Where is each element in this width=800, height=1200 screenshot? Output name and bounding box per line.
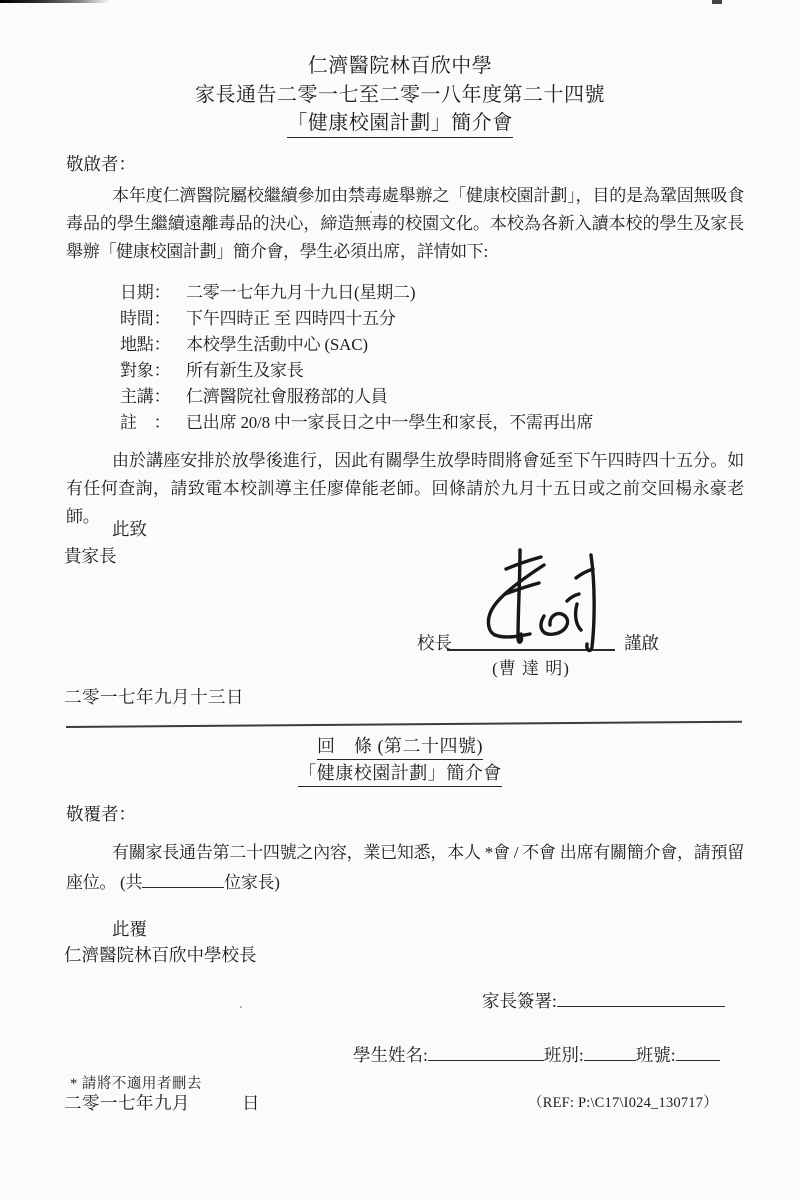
notice-subject: 「健康校園計劃」簡介會 bbox=[287, 111, 513, 138]
signature-stroke bbox=[506, 557, 541, 569]
detail-row-time: 時間： 下午四時正 至 四時四十五分 bbox=[120, 306, 593, 332]
detail-row-note: 註 ： 已出席 20/8 中一家長日之中一學生和家長，不需再出席 bbox=[120, 410, 593, 436]
notice-date: 二零一七年九月十三日 bbox=[64, 684, 244, 709]
parent-signature-row: 家長簽署: bbox=[482, 988, 725, 1013]
signature-stroke bbox=[567, 594, 581, 630]
detail-value: 下午四時正 至 四時四十五分 bbox=[186, 306, 396, 332]
reply-salutation: 敬覆者： bbox=[66, 801, 136, 826]
scanner-artifact-strip bbox=[0, 0, 110, 3]
signature-stroke bbox=[576, 569, 593, 578]
reference-code: （REF: P:\C17\I024_130717） bbox=[528, 1091, 718, 1112]
notice-paragraph-1: 本年度仁濟醫院屬校繼續參加由禁毒處舉辦之「健康校園計劃」，目的是為鞏固無吸食毒品… bbox=[66, 182, 744, 266]
class-number-label: 班號: bbox=[636, 1045, 676, 1065]
detail-label: 主講： bbox=[120, 384, 186, 410]
detail-label: 日期： bbox=[120, 280, 186, 306]
notice-subject-line: 「健康校園計劃」簡介會 bbox=[0, 109, 800, 138]
detail-value: 所有新生及家長 bbox=[186, 358, 304, 384]
detail-label: 地點： bbox=[120, 332, 186, 358]
detail-value: 二零一七年九月十九日(星期二) bbox=[186, 280, 415, 306]
principal-label: 校長 bbox=[417, 630, 452, 655]
detail-row-venue: 地點： 本校學生活動中心 (SAC) bbox=[120, 332, 593, 358]
reply-body: 有關家長通告第二十四號之內容，業已知悉，本人 *會 / 不會 出席有關簡介會，請… bbox=[66, 838, 744, 898]
section-divider bbox=[66, 721, 742, 728]
reply-date-month: 二零一七年九月 bbox=[64, 1093, 190, 1113]
detail-label: 註 ： bbox=[120, 410, 186, 436]
notice-paragraph-2: 由於講座安排於放學後進行，因此有關學生放學時間將會延至下午四時四十五分。如有任何… bbox=[66, 447, 744, 531]
salutation: 敬啟者： bbox=[66, 151, 136, 176]
event-details-list: 日期： 二零一七年九月十九日(星期二) 時間： 下午四時正 至 四時四十五分 地… bbox=[120, 280, 593, 436]
class-number-blank bbox=[676, 1043, 720, 1062]
parent-count-blank bbox=[142, 870, 224, 888]
detail-label: 時間： bbox=[120, 306, 186, 332]
signature-stroke bbox=[541, 614, 568, 635]
class-blank bbox=[584, 1043, 636, 1062]
detail-label: 對象： bbox=[120, 358, 186, 384]
detail-row-audience: 對象： 所有新生及家長 bbox=[120, 358, 593, 384]
signature-stroke bbox=[488, 565, 544, 637]
detail-value: 仁濟醫院社會服務部的人員 bbox=[186, 384, 388, 410]
reply-slip-title: 回 條 (第二十四號) bbox=[317, 735, 483, 760]
detail-row-speaker: 主講： 仁濟醫院社會服務部的人員 bbox=[120, 384, 593, 410]
reply-date-day-label: 日 bbox=[242, 1093, 260, 1113]
closing-cizhi: 此致 bbox=[112, 516, 147, 541]
reply-closing-cifu: 此覆 bbox=[112, 916, 147, 941]
reply-slip-subject-line: 「健康校園計劃」簡介會 bbox=[0, 762, 800, 787]
reply-addressee: 仁濟醫院林百欣中學校長 bbox=[64, 942, 257, 967]
class-label: 班別: bbox=[544, 1045, 584, 1065]
reply-slip-title-line: 回 條 (第二十四號) bbox=[0, 735, 800, 760]
student-name-label: 學生姓名: bbox=[353, 1045, 428, 1065]
notice-number: 家長通告二零一七至二零一八年度第二十四號 bbox=[0, 81, 800, 110]
scan-speckle bbox=[240, 1006, 242, 1008]
closing-recipient: 貴家長 bbox=[64, 543, 117, 568]
parent-signature-blank bbox=[557, 989, 725, 1008]
scanned-notice-page: 仁濟醫院林百欣中學 家長通告二零一七至二零一八年度第二十四號 「健康校園計劃」簡… bbox=[0, 0, 800, 1200]
parent-signature-label: 家長簽署: bbox=[482, 991, 557, 1011]
detail-value: 已出席 20/8 中一家長日之中一學生和家長，不需再出席 bbox=[186, 410, 593, 436]
reply-slip-subject: 「健康校園計劃」簡介會 bbox=[298, 762, 502, 787]
school-name: 仁濟醫院林百欣中學 bbox=[0, 52, 800, 81]
notice-header: 仁濟醫院林百欣中學 家長通告二零一七至二零一八年度第二十四號 「健康校園計劃」簡… bbox=[0, 52, 800, 138]
reply-date-row: 二零一七年九月日 bbox=[64, 1090, 260, 1115]
handwritten-signature bbox=[448, 538, 648, 660]
scanner-artifact-tick bbox=[712, 0, 722, 4]
student-info-row: 學生姓名:班別:班號: bbox=[353, 1042, 720, 1067]
student-name-blank bbox=[428, 1043, 544, 1062]
reply-body-text-after: 位家長) bbox=[224, 873, 279, 892]
detail-value: 本校學生活動中心 (SAC) bbox=[186, 332, 368, 358]
detail-row-date: 日期： 二零一七年九月十九日(星期二) bbox=[120, 280, 593, 306]
